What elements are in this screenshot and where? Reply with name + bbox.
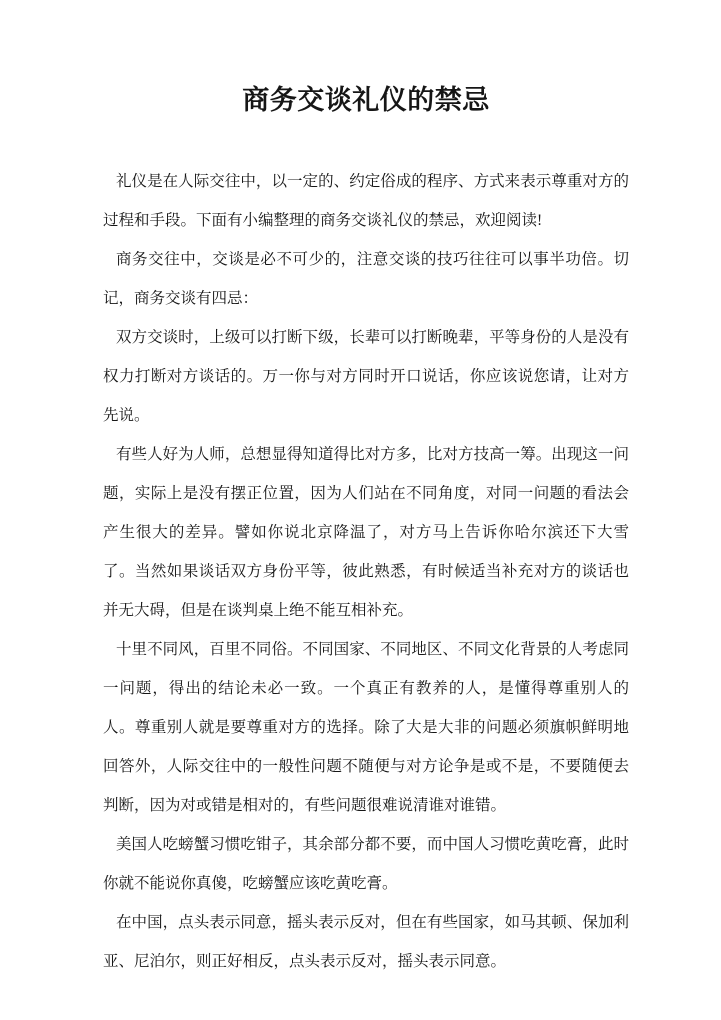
paragraph-intro: 礼仪是在人际交往中，以一定的、约定俗成的程序、方式来表示尊重对方的过程和手段。下… <box>103 162 629 240</box>
paragraph-supplementing: 有些人好为人师，总想显得知道得比对方多，比对方技高一筹。出现这一问题，实际上是没… <box>103 435 629 630</box>
document-body: 礼仪是在人际交往中，以一定的、约定俗成的程序、方式来表示尊重对方的过程和手段。下… <box>103 162 629 981</box>
paragraph-correcting: 十里不同风，百里不同俗。不同国家、不同地区、不同文化背景的人考虑同一问题，得出的… <box>103 630 629 825</box>
paragraph-nodding-example: 在中国，点头表示同意，摇头表示反对，但在有些国家，如马其顿、保加利亚、尼泊尔，则… <box>103 903 629 981</box>
paragraph-four-taboos: 商务交往中，交谈是必不可少的，注意交谈的技巧往往可以事半功倍。切记，商务交谈有四… <box>103 240 629 318</box>
document-page: 商务交谈礼仪的禁忌 礼仪是在人际交往中，以一定的、约定俗成的程序、方式来表示尊重… <box>0 0 721 1020</box>
page-title: 商务交谈礼仪的禁忌 <box>103 80 629 120</box>
paragraph-crab-example: 美国人吃螃蟹习惯吃钳子，其余部分都不要，而中国人习惯吃黄吃膏，此时你就不能说你真… <box>103 825 629 903</box>
paragraph-interrupting: 双方交谈时，上级可以打断下级，长辈可以打断晚辈，平等身份的人是没有权力打断对方谈… <box>103 318 629 435</box>
